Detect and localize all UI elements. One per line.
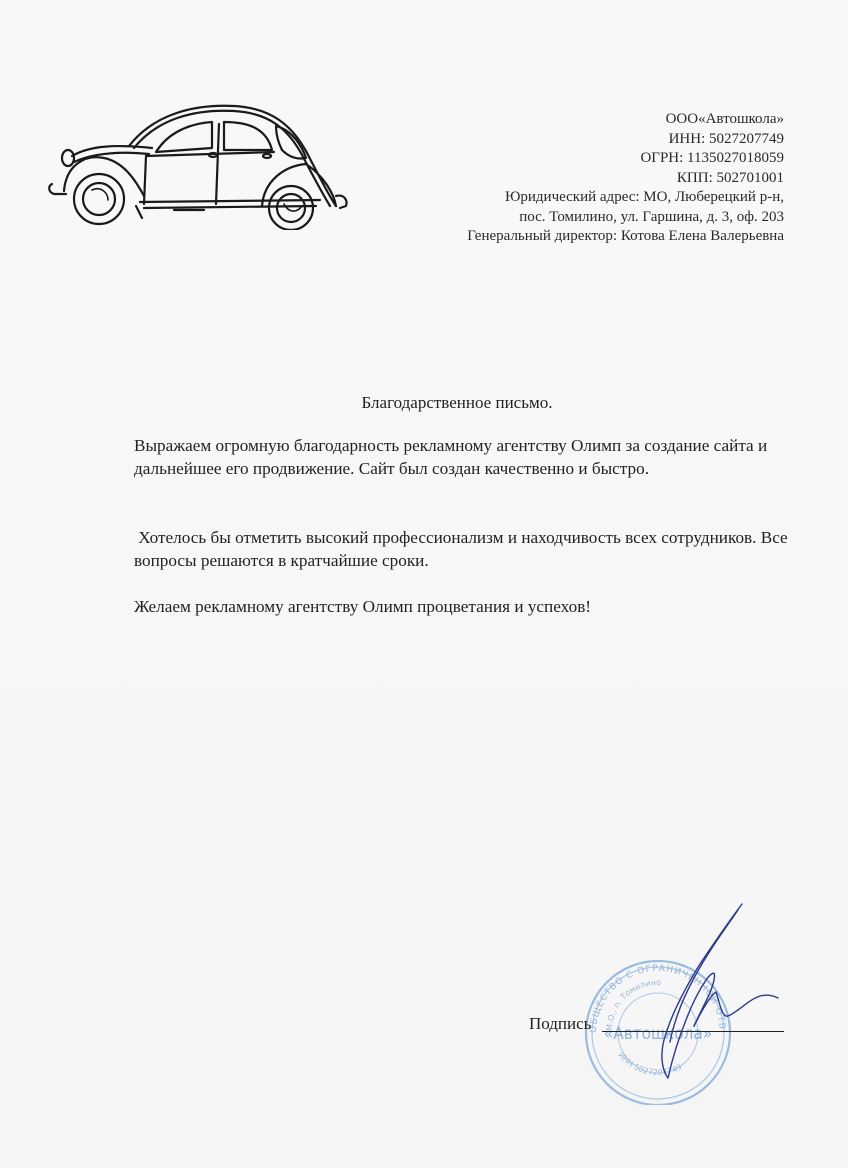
company-name: ООО«Автошкола» [467,110,784,130]
letter-title: Благодарственное письмо. [0,393,848,413]
legal-address-line-2: пос. Томилино, ул. Гаршина, д. 3, оф. 20… [467,208,784,228]
handwritten-signature [620,900,780,1090]
general-director: Генеральный директор: Котова Елена Валер… [467,227,784,247]
legal-address-line-1: Юридический адрес: МО, Люберецкий р-н, [467,188,784,208]
kpp: КПП: 502701001 [467,169,784,189]
paragraph-gratitude: Выражаем огромную благодарность рекламно… [134,435,794,480]
paragraph-professionalism: Хотелось бы отметить высокий профессиона… [134,527,794,572]
inn: ИНН: 5027207749 [467,130,784,150]
signature-label: Подпись [529,1014,591,1034]
letter-page: ООО«Автошкола» ИНН: 5027207749 ОГРН: 113… [0,0,848,1168]
vintage-car-icon [44,96,356,230]
ogrn: ОГРН: 1135027018059 [467,149,784,169]
paragraph-wishes: Желаем рекламному агентству Олимп процве… [134,596,794,619]
company-requisites: ООО«Автошкола» ИНН: 5027207749 ОГРН: 113… [467,110,784,247]
